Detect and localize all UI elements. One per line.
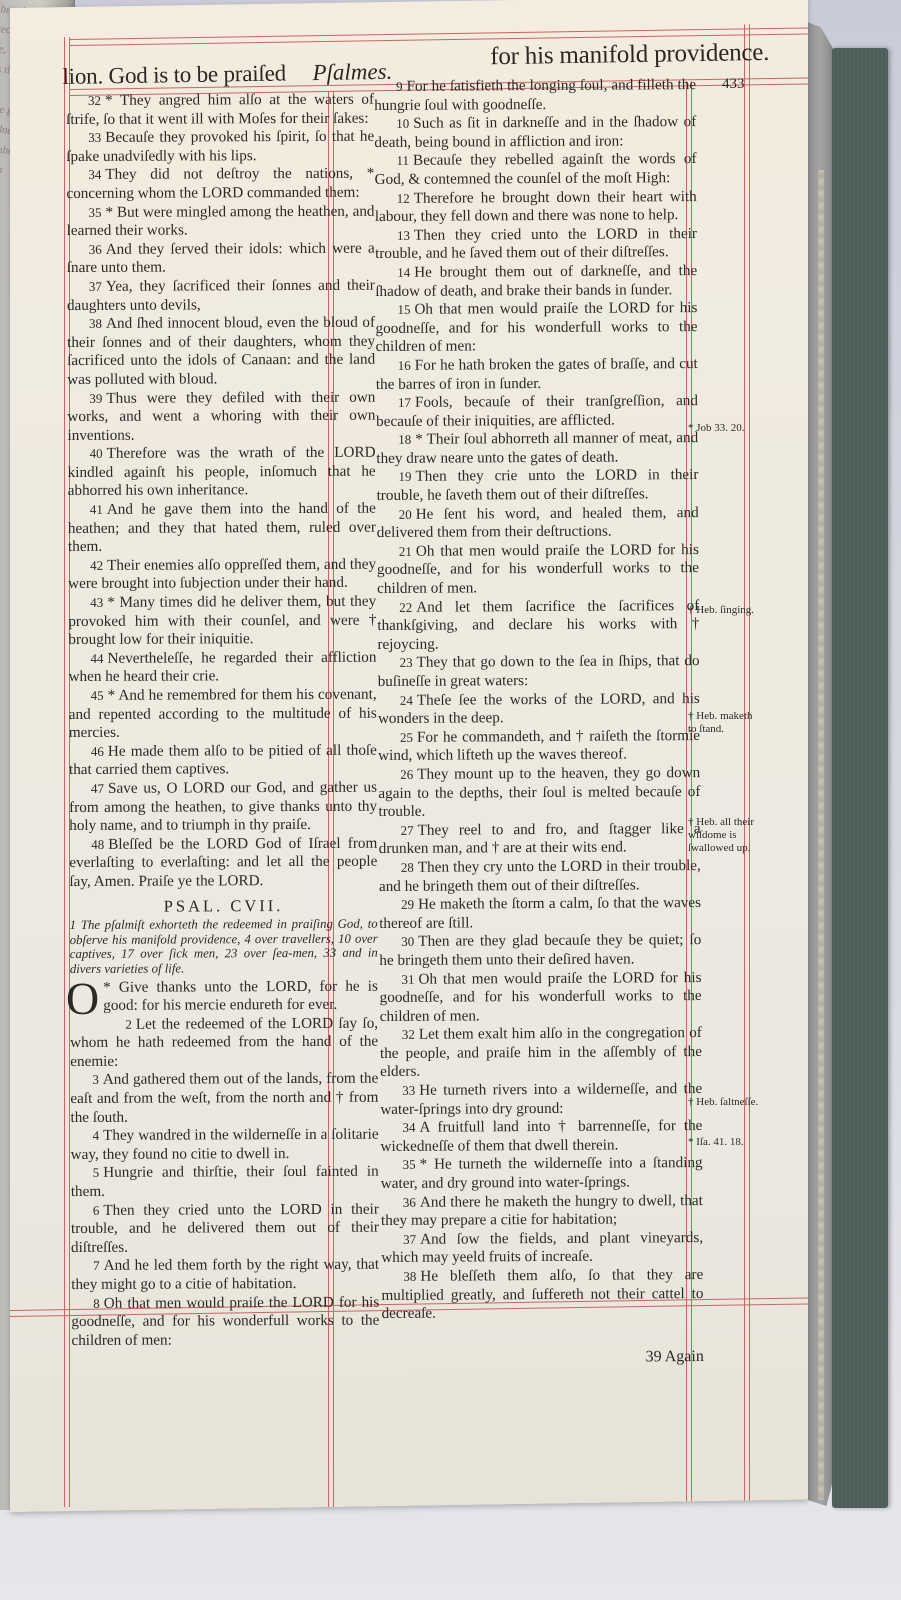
verse: 16For he hath broken the gates of braſſe…	[376, 355, 698, 394]
psalm-107-verses: 2Let the redeemed of the LORD ſay ſo, wh…	[70, 1014, 379, 1350]
verse: 9For he ſatisfieth the longing ſoul, and…	[374, 76, 696, 115]
verse-text: Oh that men would praiſe the LORD for hi…	[71, 1293, 379, 1349]
verse: 37Yea, they ſacrificed their ſonnes and …	[67, 277, 375, 316]
verse-number: 10	[396, 116, 409, 131]
verse: 27They reel to and fro, and ſtagger like…	[379, 820, 701, 859]
verse-number: 45	[91, 688, 104, 703]
psalm-107-verse-1: O * Give thanks unto the LORD, for he is…	[70, 977, 378, 1016]
verse-number: 36	[403, 1194, 416, 1209]
verse: 48Bleſſed be the LORD God of Iſrael from…	[69, 834, 377, 891]
verse: 33Becauſe they provoked his ſpirit, ſo t…	[66, 128, 374, 167]
verse: 6Then they cried unto the LORD in their …	[71, 1200, 379, 1257]
verse-number: 32	[88, 93, 101, 108]
verse-text: He bleſſeth them alſo, ſo that they are …	[381, 1266, 703, 1322]
verse-number: 30	[401, 934, 414, 949]
verse-text: For he ſatisfieth the longing ſoul, and …	[374, 76, 696, 114]
verse: 25For he commandeth, and † raiſeth the ſ…	[378, 727, 700, 766]
right-text-column: 9For he ſatisfieth the longing ſoul, and…	[374, 76, 704, 1368]
verse-text: He brought them out of darkneſſe, and th…	[375, 262, 697, 300]
verse-number: 23	[400, 655, 413, 670]
verse: 40Therefore was the wrath of the LORD ki…	[68, 444, 376, 501]
running-head-right: for his manifold providence.	[490, 39, 769, 71]
verse-text: Then they cry unto the LORD in their tro…	[379, 857, 701, 895]
verse-text: A fruitfull land into † barrenneſſe, for…	[380, 1117, 702, 1155]
verse-number: 35	[403, 1157, 416, 1172]
verse: 47Save us, O LORD our God, and gather us…	[69, 779, 377, 836]
margin-note: † Heb. ſaltneſſe.	[688, 1096, 760, 1109]
verse-text: * But were mingled among the heathen, an…	[67, 202, 375, 239]
verse-number: 3	[92, 1072, 99, 1087]
verse-text: * They angred him alſo at the waters of …	[66, 91, 374, 128]
margin-note: † Heb. ſinging.	[688, 604, 760, 617]
verse: 11Becauſe they rebelled againſt the word…	[374, 150, 696, 189]
verse: 38And ſhed innocent bloud, even the blou…	[67, 314, 375, 390]
verse-number: 24	[400, 692, 413, 707]
verse: 28Then they cry unto the LORD in their t…	[379, 857, 701, 896]
verse: 34They did not deſtroy the nations, * co…	[66, 165, 374, 204]
verse: 21Oh that men would praiſe the LORD for …	[377, 541, 699, 599]
verse-text: And gathered them out of the lands, from…	[70, 1070, 378, 1126]
verse-number: 16	[398, 358, 411, 373]
verse-text: * He turneth the wilderneſſe into a ſtan…	[381, 1154, 703, 1192]
verse-number: 46	[91, 744, 104, 759]
verse-text: Oh that men would praiſe the LORD for hi…	[377, 541, 699, 597]
verse-text: And he led them forth by the right way, …	[71, 1256, 379, 1293]
verse: 32Let them exalt him alſo in the congreg…	[380, 1024, 702, 1082]
verse-text: And let them ſacrifice the ſacrifices of…	[377, 597, 699, 653]
verse: 19Then they crie unto the LORD in their …	[376, 466, 698, 505]
verse: 44Neverthelеſſe, he regarded their affli…	[68, 648, 376, 687]
verse: 29He maketh the ſtorm a calm, ſo that th…	[379, 894, 701, 933]
verse: 14He brought them out of darkneſſe, and …	[375, 262, 697, 301]
verse: 42Their enemies alſo oppreſſed them, and…	[68, 555, 376, 594]
verse-text: * Their ſoul abhorreth all manner of mea…	[376, 429, 698, 467]
verse: 7And he led them forth by the right way,…	[71, 1256, 379, 1295]
verse: 20He ſent his word, and healed them, and…	[377, 504, 699, 543]
verse-text: For he hath broken the gates of braſſe, …	[376, 355, 698, 393]
verse-text: He turneth rivers into a wilderneſſe, an…	[380, 1080, 702, 1118]
verse: 15Oh that men would praiſe the LORD for …	[375, 299, 697, 357]
verse-text: Therefore he brought down their heart wi…	[375, 188, 697, 226]
verse-number: 38	[89, 316, 102, 331]
verse-number: 28	[401, 860, 414, 875]
verse: 24Theſe ſee the works of the LORD, and h…	[378, 690, 700, 729]
verse-number: 22	[399, 599, 412, 614]
verse: 38He bleſſeth them alſo, ſo that they ar…	[381, 1266, 703, 1324]
verse-number: 48	[91, 837, 104, 852]
verse-text: For he commandeth, and † raiſeth the ſto…	[378, 727, 700, 765]
verse-number: 13	[397, 228, 410, 243]
verse-number: 17	[398, 395, 411, 410]
verse-number: 19	[398, 469, 411, 484]
verse-text: * Many times did he deliver them, but th…	[68, 593, 376, 649]
verse-number: 14	[397, 265, 410, 280]
verse-number: 26	[400, 767, 413, 782]
psalm-106-verses: 32* They angred him alſo at the waters o…	[66, 91, 377, 892]
verse-text: And they ſerved their idols: which were …	[67, 239, 375, 276]
verse-number: 44	[90, 651, 103, 666]
verse-text: And ſhed innocent bloud, even the bloud …	[67, 314, 375, 388]
verse: 23They that go down to the ſea in ſhips,…	[378, 652, 700, 691]
verse-text: They that go down to the ſea in ſhips, t…	[378, 652, 700, 690]
verse: 43* Many times did he deliver them, but …	[68, 593, 376, 650]
verse-number: 32	[402, 1027, 415, 1042]
verse-number: 7	[93, 1258, 100, 1273]
verse: 35* He turneth the wilderneſſe into a ſt…	[381, 1154, 703, 1193]
verse-number: 15	[397, 302, 410, 317]
verse: 46He made them alſo to be pitied of all …	[69, 741, 377, 780]
page-edge-strip	[818, 170, 824, 1500]
verse: 35* But were mingled among the heathen, …	[66, 202, 374, 241]
verse-text: Then they crie unto the LORD in their tr…	[376, 466, 698, 504]
verse-number: 43	[90, 595, 103, 610]
verse-text: He maketh the ſtorm a calm, ſo that the …	[379, 894, 701, 932]
verse-number: 20	[399, 506, 412, 521]
verse: 3And gathered them out of the lands, fro…	[70, 1070, 378, 1127]
verse: 45* And he remembred for them his covena…	[69, 686, 377, 743]
running-head-left: lion. God is to be praiſed	[62, 60, 286, 90]
verse-number: 42	[90, 558, 103, 573]
outer-margin-rule	[744, 24, 750, 1500]
verse-text: They did not deſtroy the nations, * conc…	[66, 165, 374, 202]
verse-number: 25	[400, 730, 413, 745]
psalm-summary: 1 The pſalmiſt exhorteth the redeemed in…	[70, 917, 378, 977]
verse: 34A fruitfull land into † barrenneſſe, f…	[380, 1117, 702, 1156]
verse-text: Neverthelеſſe, he regarded their afflict…	[69, 648, 377, 685]
verse-text: Let them exalt him alſo in the congregat…	[380, 1024, 702, 1080]
verse: 30Then are they glad becauſe they be qui…	[379, 931, 701, 970]
verse-number: 40	[90, 446, 103, 461]
margin-note: * Job 33. 20.	[688, 422, 760, 435]
verse-number: 2	[125, 1016, 132, 1031]
verse-number: 39	[89, 390, 102, 405]
verse-number: 5	[93, 1165, 100, 1180]
verse-text: * And he remembred for them his covenant…	[69, 686, 377, 742]
verse-number: 21	[399, 544, 412, 559]
margin-note: † Heb. all their wiſdome is ſwallowed up…	[688, 816, 760, 855]
verse-text: Oh that men would praiſe the LORD for hi…	[380, 969, 702, 1025]
verse: 5Hungrie and thirſtie, their ſoul fainte…	[71, 1163, 379, 1202]
verse: 41And he gave them into the hand of the …	[68, 500, 376, 557]
page-number: 433	[722, 76, 745, 93]
verse-number: 12	[397, 190, 410, 205]
verse: 36And there he maketh the hungry to dwel…	[381, 1192, 703, 1231]
verse: 32* They angred him alſo at the waters o…	[66, 91, 374, 130]
verse-number: 41	[90, 502, 103, 517]
verse-number: 36	[89, 242, 102, 257]
verse-number: 35	[88, 204, 101, 219]
verse-text: He ſent his word, and healed them, and d…	[377, 504, 699, 542]
verse-text: They wandred in the wilderneſſe in a ſol…	[71, 1126, 379, 1163]
verse-number: 47	[91, 781, 104, 796]
verse-text: Yea, they ſacrificed their ſonnes and th…	[67, 277, 375, 314]
verse: 18* Their ſoul abhorreth all manner of m…	[376, 429, 698, 468]
verse-text: Hungrie and thirſtie, their ſoul fainted…	[71, 1163, 379, 1200]
verse-number: 33	[88, 130, 101, 145]
verse-text: Becauſe they rebelled againſt the words …	[375, 150, 697, 188]
verse-text: Then are they glad becauſe they be quiet…	[379, 931, 701, 969]
verse-number: 9	[396, 79, 403, 94]
verse-text: Therefore was the wrath of the LORD kind…	[68, 444, 376, 500]
verse-text: They mount up to the heaven, they go dow…	[378, 764, 700, 820]
verse-text: And ſow the fields, and plant vineyards,…	[381, 1229, 703, 1267]
verse: 39Thus were they defiled with their own …	[67, 388, 375, 445]
verse-text: Save us, O LORD our God, and gather us f…	[69, 779, 377, 835]
verse: 31Oh that men would praiſe the LORD for …	[379, 969, 701, 1027]
verse-text: Such as ſit in darkneſſe and in the ſhad…	[374, 113, 696, 151]
verse: 2Let the redeemed of the LORD ſay ſo, wh…	[70, 1014, 378, 1071]
verse-text: Then they cried unto the LORD in their t…	[375, 225, 697, 263]
verse-number: 8	[93, 1295, 100, 1310]
verse: 4They wandred in the wilderneſſe in a ſo…	[71, 1126, 379, 1165]
verse: 36And they ſerved their idols: which wer…	[67, 239, 375, 278]
verse-text: Their enemies alſo oppreſſed them, and t…	[68, 555, 376, 592]
verse-number: 37	[403, 1232, 416, 1247]
verse-number: 11	[396, 153, 409, 168]
verse-number: 37	[89, 279, 102, 294]
verse-number: 34	[402, 1120, 415, 1135]
verse-text: And he gave them into the hand of the he…	[68, 500, 376, 556]
verse-1-text: * Give thanks unto the LORD, for he is g…	[103, 977, 378, 1014]
verse-text: They reel to and fro, and ſtagger like a…	[379, 820, 701, 858]
margin-note: † Heb. maketh to ſtand.	[688, 710, 760, 736]
book-cover-spine	[832, 48, 888, 1508]
verse: 13Then they cried unto the LORD in their…	[375, 225, 697, 264]
psalm-title: PSAL. CVII.	[70, 896, 378, 916]
margin-note: * Iſa. 41. 18.	[688, 1136, 760, 1149]
verse-text: Fools, becauſe of their tranſgreſſion, a…	[376, 392, 698, 430]
verse-number: 6	[93, 1202, 100, 1217]
verse-number: 38	[403, 1269, 416, 1284]
verse-text: Let the redeemed of the LORD ſay ſo, who…	[70, 1014, 378, 1070]
verse-number: 29	[401, 897, 414, 912]
drop-cap-letter: O	[66, 980, 99, 1016]
verse: 17Fools, becauſe of their tranſgreſſion,…	[376, 392, 698, 431]
verse: 33He turneth rivers into a wilderneſſe, …	[380, 1080, 702, 1119]
verse-text: Theſe ſee the works of the LORD, and his…	[378, 690, 700, 728]
verse-text: Oh that men would praiſe the LORD for hi…	[375, 299, 697, 355]
verse-number: 18	[398, 432, 411, 447]
verse-text: He made them alſo to be pitied of all th…	[69, 741, 377, 778]
verse: 8Oh that men would praiſe the LORD for h…	[71, 1293, 379, 1350]
verse: 26They mount up to the heaven, they go d…	[378, 764, 700, 822]
catchword: 39 Again	[382, 1348, 704, 1369]
verse-text: And there he maketh the hungry to dwell,…	[381, 1192, 703, 1230]
verse-number: 33	[402, 1083, 415, 1098]
verse-text: Becauſe they provoked his ſpirit, ſo tha…	[66, 128, 374, 165]
verse-number: 4	[93, 1128, 100, 1143]
psalm-107-verses-continued: 9For he ſatisfieth the longing ſoul, and…	[374, 76, 704, 1324]
verse: 10Such as ſit in darkneſſe and in the ſh…	[374, 113, 696, 152]
verse-number: 34	[88, 167, 101, 182]
verse-text: Thus were they defiled with their own wo…	[67, 388, 375, 444]
verse-text: Bleſſed be the LORD God of Iſrael from e…	[69, 834, 377, 890]
verse-text: Then they cried unto the LORD in their t…	[71, 1200, 379, 1256]
left-text-column: 32* They angred him alſo at the waters o…	[66, 91, 379, 1351]
verse-number: 31	[401, 971, 414, 986]
verse: 37And ſow the fields, and plant vineyard…	[381, 1229, 703, 1268]
verse: 22And let them ſacrifice the ſacrifices …	[377, 597, 699, 655]
verse: 12Therefore he brought down their heart …	[375, 188, 697, 227]
verse-number: 27	[401, 823, 414, 838]
